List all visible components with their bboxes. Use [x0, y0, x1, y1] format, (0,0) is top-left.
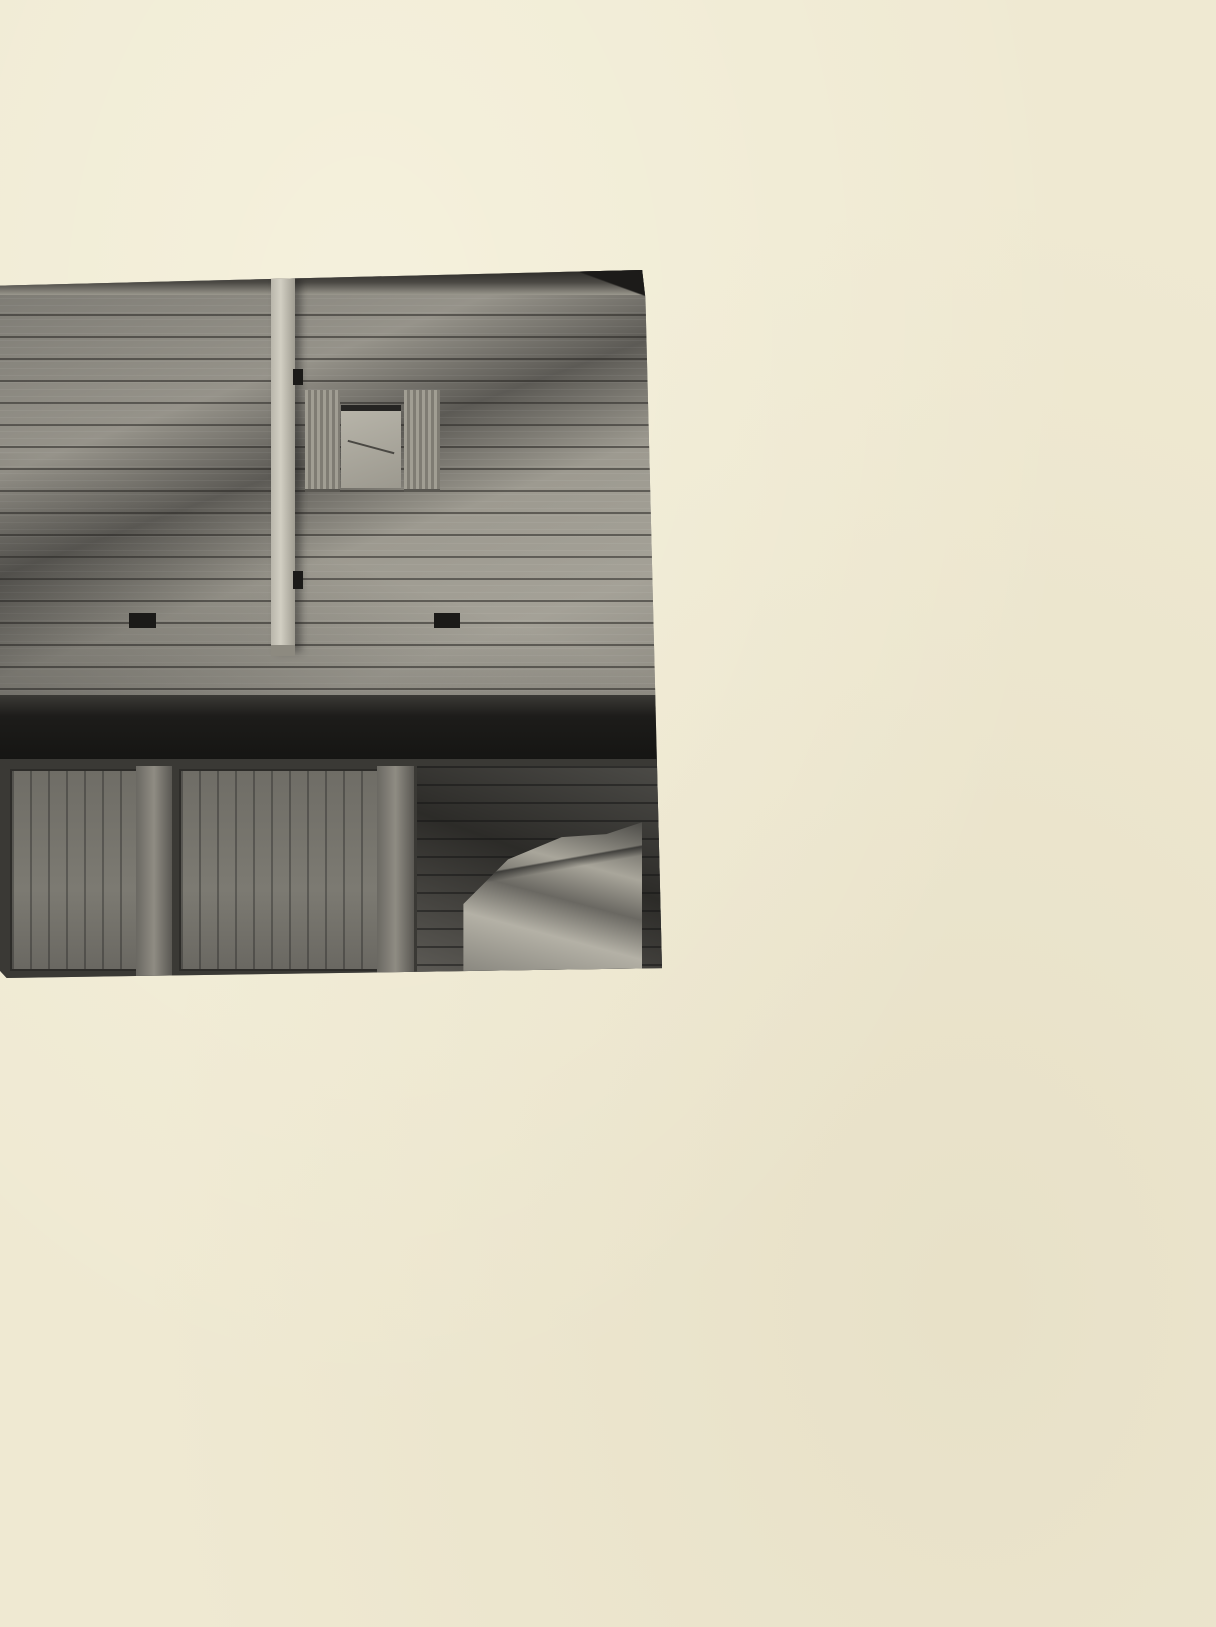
post-foot — [271, 645, 295, 656]
photograph — [0, 270, 662, 978]
pencil-annotation — [30, 25, 170, 55]
wall-hole — [129, 613, 155, 627]
wooden-door-left — [10, 769, 140, 971]
dark-beam — [0, 695, 662, 766]
wall-hole — [293, 571, 303, 589]
small-window — [341, 405, 401, 489]
wall-hole — [434, 613, 460, 627]
window-shutter-right — [404, 390, 440, 492]
wooden-door-right — [179, 769, 382, 971]
vertical-post — [271, 277, 295, 652]
window-shutter-left — [305, 390, 341, 492]
door-jamb — [377, 766, 413, 978]
door-jamb — [136, 766, 172, 978]
wall-hole — [293, 369, 303, 385]
